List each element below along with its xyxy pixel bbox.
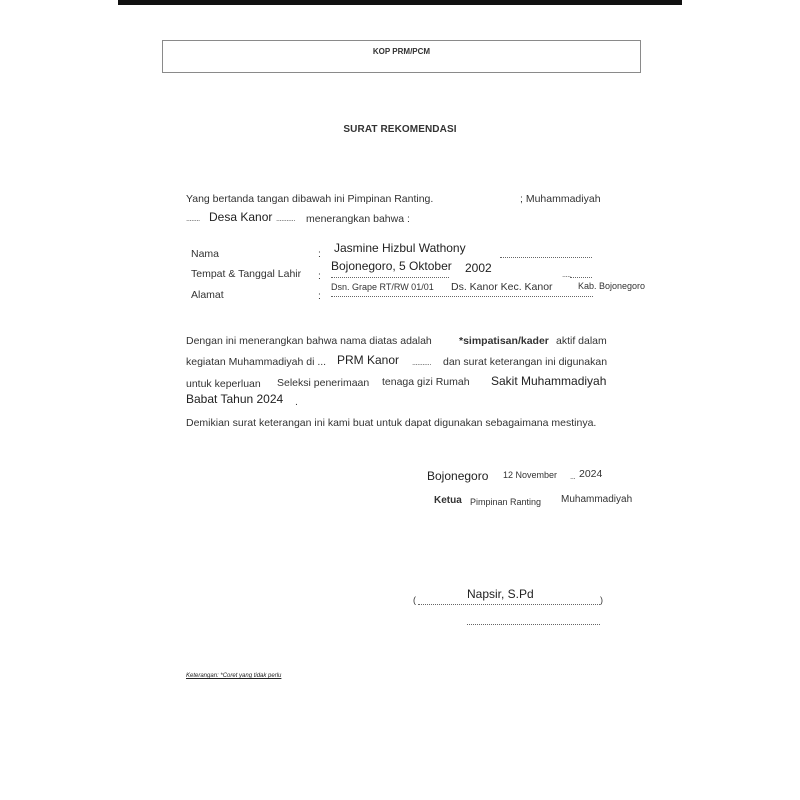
dotted-line	[331, 296, 593, 297]
body-p1-line2-fill: PRM Kanor	[337, 353, 399, 367]
signature-name: Napsir, S.Pd	[467, 587, 534, 601]
field-value-ttl-year: 2002	[465, 261, 492, 275]
signature-date-dots: ...	[570, 472, 575, 481]
signature-date: 12 November	[503, 470, 557, 480]
dotted-line	[331, 277, 449, 278]
dotted-line	[500, 257, 592, 258]
signature-role-org2: Muhammadiyah	[561, 494, 632, 505]
body-p1-line4-fill: Babat Tahun 2024	[186, 392, 283, 406]
field-label-nama: Nama	[191, 248, 219, 260]
field-colon: :	[318, 270, 321, 282]
top-bar	[118, 0, 682, 5]
body-p1-line3-fill1: Seleksi penerimaan	[277, 377, 369, 389]
signature-close-paren: )	[600, 595, 603, 605]
body-p1-line2-a: kegiatan Muhammadiyah di ...	[186, 356, 326, 368]
body-p1-line3-fill3: Sakit Muhammadiyah	[491, 374, 606, 388]
field-value-alamat-dusun: Dsn. Grape RT/RW 01/01	[331, 282, 434, 292]
letterhead-box: KOP PRM/PCM	[162, 40, 641, 73]
letterhead-title: KOP PRM/PCM	[163, 47, 640, 56]
field-value-alamat-kab: Kab. Bojonegoro	[578, 281, 645, 291]
field-label-alamat: Alamat	[191, 289, 224, 301]
intro-dots-b: ...........	[276, 214, 295, 223]
dotted-line	[418, 604, 600, 605]
field-colon: :	[318, 290, 321, 302]
footnote: Keterangan: *Coret yang tidak perlu	[186, 673, 281, 679]
field-value-nama: Jasmine Hizbul Wathony	[334, 241, 466, 255]
signature-year: 2024	[579, 468, 602, 480]
body-p1-line1-bold: *simpatisan/kader	[459, 335, 549, 347]
dotted-line	[570, 277, 592, 278]
intro-desa: Desa Kanor	[209, 210, 272, 224]
intro-dots-a: ........	[186, 214, 200, 223]
body-p1-line1-b: aktif dalam	[556, 335, 607, 347]
body-p1-line3-fill2: tenaga gizi Rumah	[382, 376, 470, 388]
signature-open-paren: (	[413, 595, 416, 605]
signature-role-org: Pimpinan Ranting	[470, 497, 541, 507]
signature-role-bold: Ketua	[434, 495, 462, 506]
intro-line1-prefix: Yang bertanda tangan dibawah ini Pimpina…	[186, 193, 433, 205]
field-colon: :	[318, 248, 321, 260]
intro-line1-suffix: ; Muhammadiyah	[520, 193, 601, 205]
dotted-line	[467, 624, 600, 625]
intro-line2-suffix: menerangkan bahwa :	[306, 213, 410, 225]
field-label-ttl: Tempat & Tanggal Lahir	[191, 268, 301, 280]
field-value-ttl: Bojonegoro, 5 Oktober	[331, 259, 452, 273]
signature-place: Bojonegoro	[427, 469, 488, 483]
body-p1-line4-end: .	[295, 396, 298, 408]
body-p1-line3-a: untuk keperluan	[186, 378, 261, 390]
body-p1-line2-b: dan surat keterangan ini digunakan	[443, 356, 607, 368]
body-p2: Demikian surat keterangan ini kami buat …	[186, 417, 596, 429]
field-value-alamat-desa: Ds. Kanor Kec. Kanor	[451, 281, 553, 293]
body-p1-line1-a: Dengan ini menerangkan bahwa nama diatas…	[186, 335, 432, 347]
body-p1-line2-dots: ...........	[412, 358, 431, 367]
document-title: SURAT REKOMENDASI	[0, 124, 800, 135]
